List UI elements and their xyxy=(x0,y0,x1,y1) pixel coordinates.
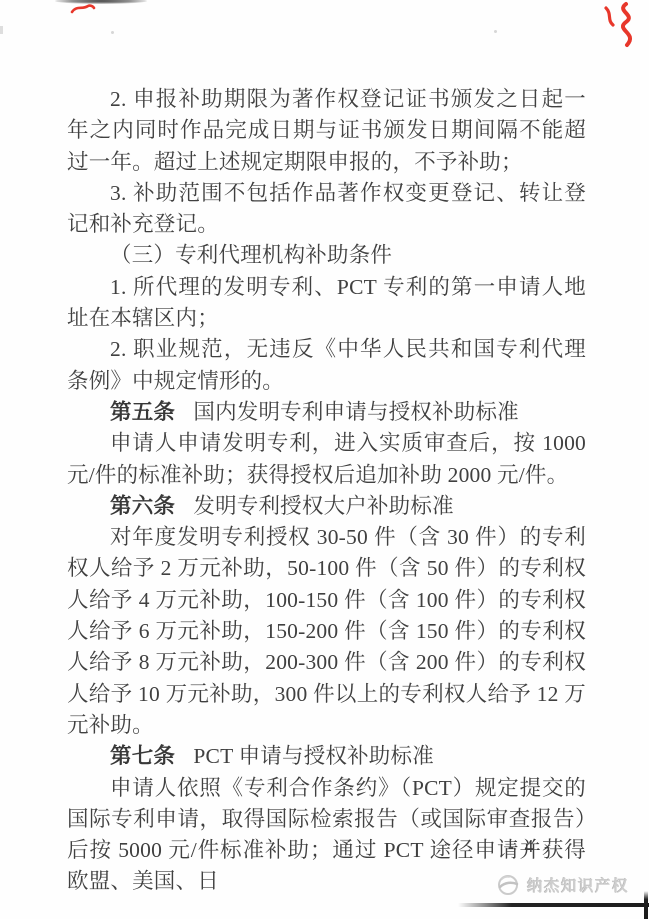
scan-edge-vertical xyxy=(644,891,648,919)
article-title: 国内发明专利申请与授权补助标准 xyxy=(193,400,519,424)
brand-watermark: 纳杰知识产权 xyxy=(496,871,629,899)
paragraph: 1. 所代理的发明专利、PCT 专利的第一申请人地址在本辖区内； xyxy=(67,272,586,335)
scan-speck xyxy=(111,31,114,34)
article-heading: 第五条国内发明专利申请与授权补助标准 xyxy=(67,397,586,428)
article-number: 第六条 xyxy=(110,494,175,518)
paragraph: 3. 补助范围不包括作品著作权变更登记、转让登记和补充登记。 xyxy=(67,178,586,241)
page-number: - 4 - xyxy=(508,836,553,857)
brand-name: 纳杰知识产权 xyxy=(527,874,629,896)
article-title: PCT 申请与授权补助标准 xyxy=(193,744,434,768)
scan-speck xyxy=(494,30,497,33)
paragraph: （三）专利代理机构补助条件 xyxy=(67,240,586,271)
article-heading: 第七条PCT 申请与授权补助标准 xyxy=(67,741,586,772)
paragraph: 2. 职业规范，无违反《中华人民共和国专利代理条例》中规定情形的。 xyxy=(67,334,586,397)
article-number: 第五条 xyxy=(110,400,175,424)
paragraph: 2. 申报补助期限为著作权登记证书颁发之日起一年之内同时作品完成日期与证书颁发日… xyxy=(67,84,586,178)
article-title: 发明专利授权大户补助标准 xyxy=(193,494,453,518)
document-page: 2. 申报补助期限为著作权登记证书颁发之日起一年之内同时作品完成日期与证书颁发日… xyxy=(0,0,649,919)
red-pen-mark-icon xyxy=(70,2,96,16)
paragraph: 对年度发明专利授权 30-50 件（含 30 件）的专利权人给予 2 万元补助，… xyxy=(67,522,586,741)
scan-edge-horizontal xyxy=(458,903,649,907)
paragraph: 申请人申请发明专利，进入实质审查后，按 1000 元/件的标准补助；获得授权后追… xyxy=(67,428,586,491)
scan-smudge xyxy=(55,0,147,4)
swoosh-globe-icon xyxy=(496,873,520,897)
article-number: 第七条 xyxy=(110,744,175,768)
scan-speck xyxy=(0,26,3,34)
red-pen-mark-icon xyxy=(596,1,648,49)
document-body: 2. 申报补助期限为著作权登记证书颁发之日起一年之内同时作品完成日期与证书颁发日… xyxy=(67,84,586,898)
article-heading: 第六条发明专利授权大户补助标准 xyxy=(67,491,586,522)
